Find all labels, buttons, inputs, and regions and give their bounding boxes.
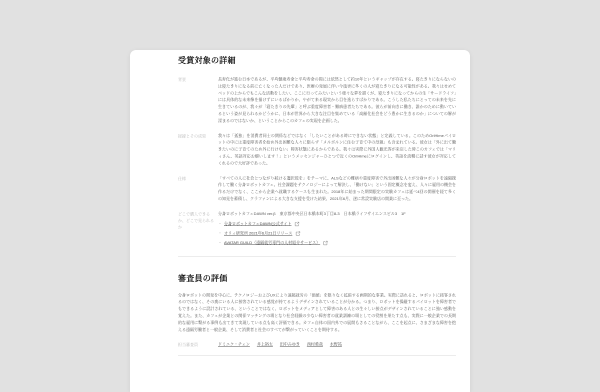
row-text: 我々は「孤独」を消費者同士の関係などではなく「したいことがある時にできない状態」… xyxy=(218,132,456,166)
row-label: 背景 xyxy=(178,76,218,124)
bottom-divider xyxy=(178,355,456,356)
jury-member-link[interactable]: 西村勇哉 xyxy=(307,341,323,348)
row-process-results: 経緯とその成果 我々は「孤独」を消費者同士の関係などではなく「したいことがある時… xyxy=(178,132,456,166)
row-text: 長寿化が進む日本であるが、平均健康寿命と平均寿命の間には依然として約10年という… xyxy=(218,76,456,124)
bullet-icon: ・ xyxy=(218,240,222,246)
press-release-link[interactable]: オリィ研究所 2021年6月21日リリース xyxy=(224,230,292,236)
page-background: 受賞対象の詳細 背景 長寿化が進む日本であるが、平均健康寿命と平均寿命の間には依… xyxy=(0,0,600,392)
jury-names: ドミニク・チェン 井上裕太 田中みゆき 西村勇哉 水野祐 xyxy=(218,341,342,348)
section-heading-award-details: 受賞対象の詳細 xyxy=(178,57,456,65)
jury-member-link[interactable]: 水野祐 xyxy=(330,341,342,348)
external-link-icon[interactable] xyxy=(295,231,300,236)
bullet-icon: ・ xyxy=(218,230,222,236)
row-where-to-see: どこで購入できるか、どこで見られるか 分身ロボットカフェDAWN ver.β 東… xyxy=(178,210,456,245)
external-link-icon[interactable] xyxy=(294,221,299,226)
where-link-row: ・ オリィ研究所 2021年6月21日リリース xyxy=(218,230,456,236)
external-link-icon[interactable] xyxy=(323,240,328,245)
page-card: 受賞対象の詳細 背景 長寿化が進む日本であるが、平均健康寿命と平均寿命の間には依… xyxy=(130,50,470,392)
screenshot-viewport: 受賞対象の詳細 背景 長寿化が進む日本であるが、平均健康寿命と平均寿命の間には依… xyxy=(0,0,600,392)
row-background: 背景 長寿化が進む日本であるが、平均健康寿命と平均寿命の間には依然として約10年… xyxy=(178,76,456,124)
where-link-row: ・ 分身ロボットカフェDAWN公式サイト xyxy=(218,221,456,227)
where-content: 分身ロボットカフェDAWN ver.β 東京都中央区日本橋本町3丁目8-3 日本… xyxy=(218,210,456,245)
row-specification: 仕様 「すべての人に社会とつながり続ける選択肢を」をテーマに、ALSなどの難病や… xyxy=(178,175,456,203)
row-label: どこで購入できるか、どこで見られるか xyxy=(178,210,218,245)
award-detail-rows: 背景 長寿化が進む日本であるが、平均健康寿命と平均寿命の間には依然として約10年… xyxy=(178,76,456,246)
row-text: 「すべての人に社会とつながり続ける選択肢を」をテーマに、ALSなどの難病や重度障… xyxy=(218,175,456,203)
official-site-link[interactable]: 分身ロボットカフェDAWN公式サイト xyxy=(224,221,291,227)
where-link-row: ・ AVATAR GUILD（遠隔就労専門の人材紹介サービス） xyxy=(218,240,456,246)
jury-member-link[interactable]: 井上裕太 xyxy=(257,341,273,348)
jury-member-link[interactable]: 田中みゆき xyxy=(280,341,300,348)
where-links: ・ 分身ロボットカフェDAWN公式サイト ・ xyxy=(218,221,456,246)
jury-label: 担当審査員 xyxy=(178,341,218,348)
row-label: 経緯とその成果 xyxy=(178,132,218,166)
section-heading-jury-evaluation: 審査員の評価 xyxy=(178,275,456,283)
bullet-icon: ・ xyxy=(218,221,222,227)
jury-row: 担当審査員 ドミニク・チェン 井上裕太 田中みゆき 西村勇哉 水野祐 xyxy=(178,341,456,348)
section-divider xyxy=(178,256,456,257)
row-label: 仕様 xyxy=(178,175,218,203)
jury-member-link[interactable]: ドミニク・チェン xyxy=(218,341,250,348)
jury-evaluation-text: 分身ロボットの開発を中心に、テクノロジーおよびUXにより遠隔就労の「価値」を限り… xyxy=(178,292,456,333)
where-address: 分身ロボットカフェDAWN ver.β 東京都中央区日本橋本町3丁目8-3 日本… xyxy=(218,210,456,217)
avatar-guild-link[interactable]: AVATAR GUILD（遠隔就労専門の人材紹介サービス） xyxy=(224,240,320,246)
